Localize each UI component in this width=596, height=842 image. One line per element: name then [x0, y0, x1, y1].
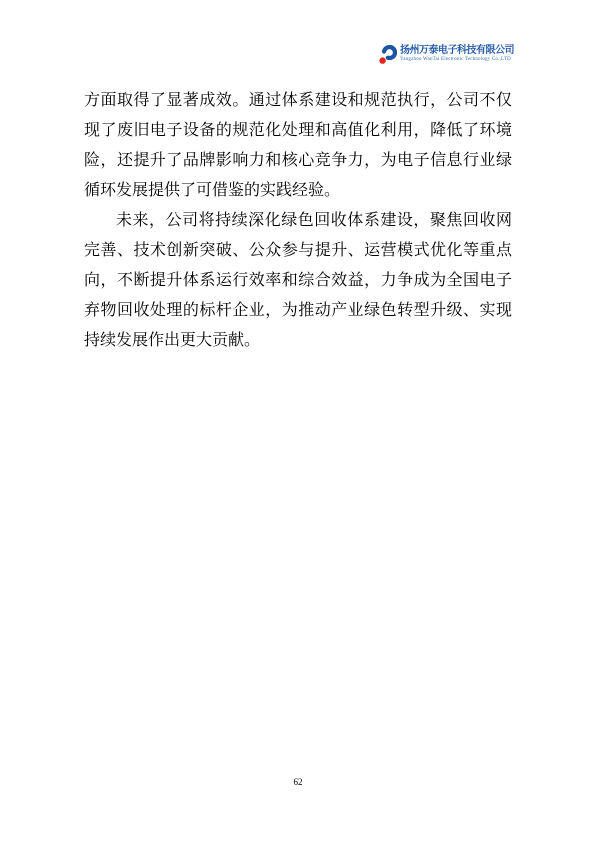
company-logo-icon — [378, 44, 397, 66]
body-text: 方面取得了显著成效。通过体系建设和规范执行，公司不仅实 现了废旧电子设备的规范化… — [84, 86, 512, 356]
body-text-line: 完善、技术创新突破、公众参与提升、运营模式优化等重点方 — [84, 236, 512, 266]
page-number: 62 — [0, 776, 596, 788]
body-text-line: 弃物回收处理的标杆企业，为推动产业绿色转型升级、实现可 — [84, 296, 512, 326]
company-name-zh: 扬州万泰电子科技有限公司 — [400, 45, 514, 56]
document-page: 扬州万泰电子科技有限公司 Yangzhou WanTai Electronic … — [0, 0, 596, 842]
body-text-line: 现了废旧电子设备的规范化处理和高值化利用，降低了环境风 — [84, 116, 512, 146]
body-text-line: 持续发展作出更大贡献。 — [84, 326, 512, 356]
body-text-line: 险，还提升了品牌影响力和核心竞争力，为电子信息行业绿色 — [84, 146, 512, 176]
paragraph-1: 方面取得了显著成效。通过体系建设和规范执行，公司不仅实 现了废旧电子设备的规范化… — [84, 86, 512, 206]
body-text-line: 未来，公司将持续深化绿色回收体系建设，聚焦回收网络 — [84, 206, 512, 236]
body-text-line: 向，不断提升体系运行效率和综合效益，力争成为全国电子废 — [84, 266, 512, 296]
company-name-en: Yangzhou WanTai Electronic Technology Co… — [400, 57, 514, 63]
body-text-line: 循环发展提供了可借鉴的实践经验。 — [84, 176, 512, 206]
body-text-line: 方面取得了显著成效。通过体系建设和规范执行，公司不仅实 — [84, 86, 512, 116]
company-logo: 扬州万泰电子科技有限公司 Yangzhou WanTai Electronic … — [378, 44, 514, 66]
company-logo-text: 扬州万泰电子科技有限公司 Yangzhou WanTai Electronic … — [400, 44, 514, 63]
paragraph-2: 未来，公司将持续深化绿色回收体系建设，聚焦回收网络 完善、技术创新突破、公众参与… — [84, 206, 512, 356]
